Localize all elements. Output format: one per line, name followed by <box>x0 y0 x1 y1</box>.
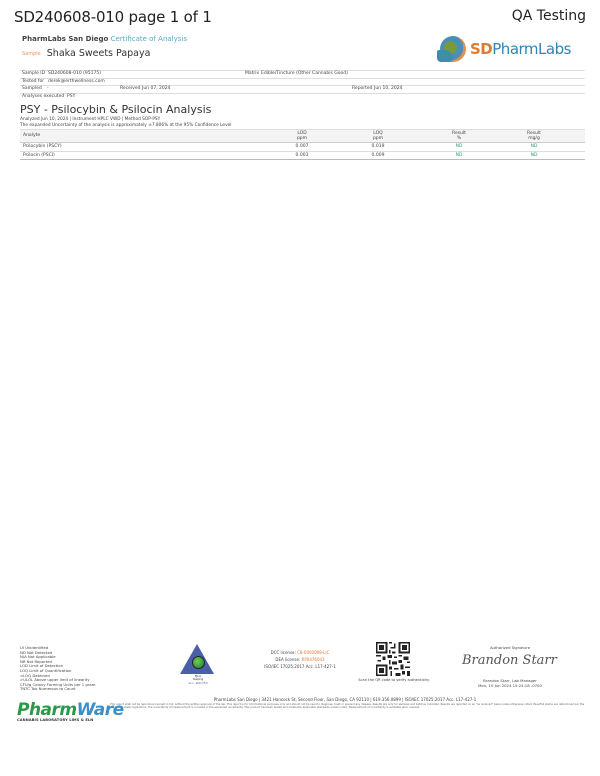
sdpharmlabs-logo: SDPharmLabs <box>440 34 580 64</box>
sample-info-table: Sample ID SD240608-010 (95175) Matrix Ed… <box>20 70 585 100</box>
lab-name: PharmLabs San Diego <box>22 35 108 43</box>
header-analyte: Analyte <box>23 134 40 139</box>
logo-text: SDPharmLabs <box>470 40 571 58</box>
globe-california-icon <box>440 36 466 62</box>
results-header: Analyte LODppm LOQppm Result% Resultmg/g <box>20 129 585 143</box>
info-row: Sampled - Received Jun 07, 2024 Reported… <box>20 86 585 94</box>
received: Jun 07, 2024 <box>142 86 171 93</box>
sample-id: SD240608-010 (95175) <box>48 71 101 78</box>
reported: Jun 10, 2024 <box>374 86 403 93</box>
matrix-label: Matrix <box>245 71 259 78</box>
header-lod: LODppm <box>282 132 322 141</box>
sample-name: Shaka Sweets Papaya <box>47 48 151 59</box>
table-row: Psilocin (PSCI) 0.003 0.009 ND ND <box>20 152 585 161</box>
header-result-mg: Resultmg/g <box>514 132 554 141</box>
info-row: Analyses executed PSY <box>20 94 585 101</box>
info-row: Tested for derek@erthwellness.com <box>20 79 585 87</box>
signature-label: Authorized Signature <box>470 645 550 650</box>
iso-accreditation: ISO/IEC 17025:2017 Acc. L17-427-1 <box>255 663 345 670</box>
header-result-pct: Result% <box>439 132 479 141</box>
results-table: Analyte LODppm LOQppm Result% Resultmg/g… <box>20 129 585 160</box>
lab-address: PharmLabs San Diego | 3421 Hancock St, S… <box>100 697 590 702</box>
matrix: Edible/Tincture (Other Cannabis Good) <box>261 71 348 78</box>
sampled-label: Sampled <box>22 86 42 93</box>
section-title: PSY - Psilocybin & Psilocin Analysis <box>20 103 211 116</box>
qr-code-icon[interactable] <box>376 642 410 676</box>
qr-caption: Scan the QR code to verify authenticity. <box>352 678 436 682</box>
section-meta: Analyzed Jun 10, 2024 | Instrument HPLC … <box>20 117 160 122</box>
tested-for: derek@erthwellness.com <box>48 79 105 86</box>
header-loq: LOQppm <box>358 132 398 141</box>
tested-for-label: Tested for <box>22 79 44 86</box>
signature: Brandon Starr <box>462 653 557 668</box>
lab-line: PharmLabs San Diego Certificate of Analy… <box>22 35 187 43</box>
info-row: Sample ID SD240608-010 (95175) Matrix Ed… <box>20 70 585 79</box>
dea-license: RP0476043 <box>302 657 325 662</box>
signer-info: Brandon Starr, Lab Manager Mon, 10 Jun 2… <box>470 679 550 688</box>
qa-testing-title: QA Testing <box>512 8 586 24</box>
pharmware-logo: PharmWare CANNABIS LABORATORY LIMS & ELN <box>17 700 117 722</box>
pjla-globe-icon <box>192 656 205 669</box>
sample-tag: Sample <box>22 51 41 57</box>
dcc-license: C8-0000098-LIC <box>297 650 329 655</box>
table-row: Psilocybin (PSCY) 0.007 0.019 ND ND <box>20 143 585 152</box>
document-id: SD240608-010 page 1 of 1 <box>14 8 212 26</box>
sample-id-label: Sample ID <box>22 71 45 78</box>
sample-line: Sample Shaka Sweets Papaya <box>22 48 150 59</box>
pjla-accreditation-badge: PJLA Testing Acc. #91753 <box>178 640 218 686</box>
analyses-label: Analyses executed <box>22 94 64 101</box>
sampled: - <box>47 86 49 93</box>
disclaimer: This report shall not be reproduced exce… <box>110 703 590 709</box>
uncertainty-note: The expanded Uncertainty of the analysis… <box>20 123 231 128</box>
license-info: DCC license: C8-0000098-LIC DEA license:… <box>255 649 345 670</box>
reported-label: Reported <box>352 86 373 93</box>
document-type: Certificate of Analysis <box>111 35 187 43</box>
abbreviation-legend: UI Unidentified ND Not Detected N/A Not … <box>20 646 95 692</box>
analyses: PSY <box>67 94 75 101</box>
received-label: Received <box>120 86 140 93</box>
